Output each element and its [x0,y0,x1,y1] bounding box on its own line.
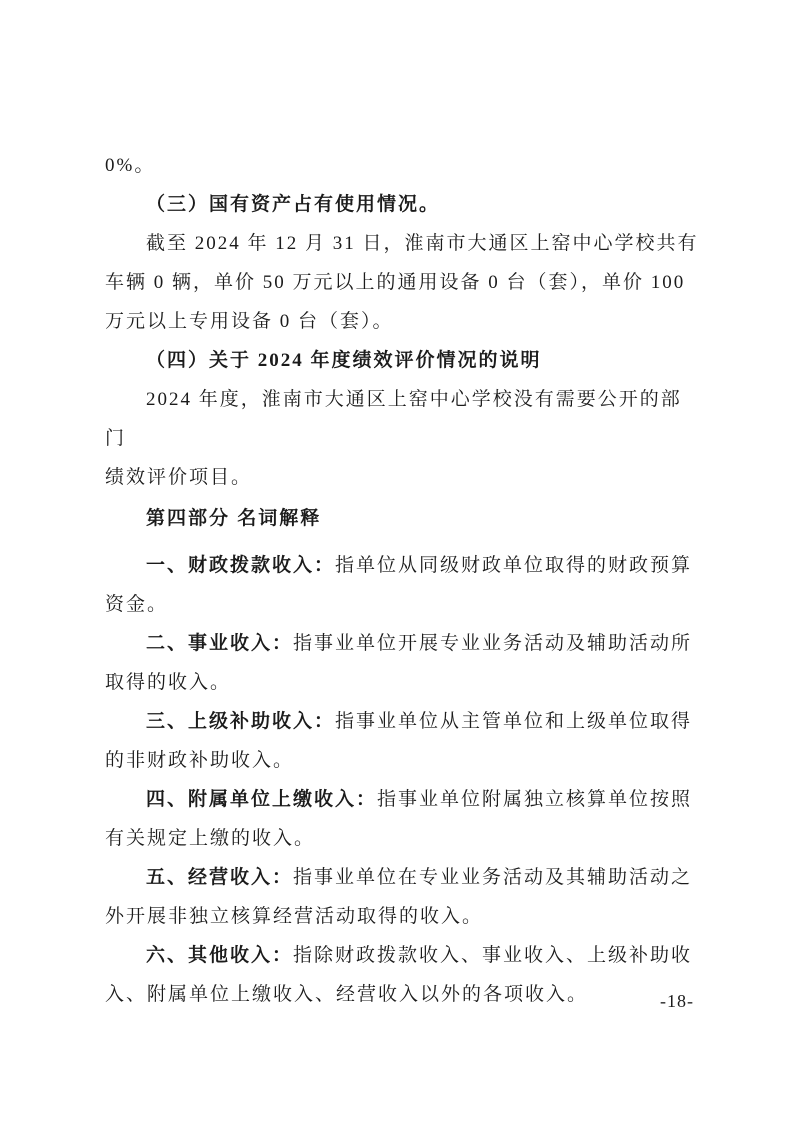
definition-term-5: 五、经营收入： [146,867,293,888]
page-number: -18- [660,991,694,1012]
definition-item-5: 五、经营收入：指事业单位在专业业务活动及其辅助活动之 外开展非独立核算经营活动取… [105,858,699,936]
definition-item-6: 六、其他收入：指除财政拨款收入、事业收入、上级补助收 入、附属单位上缴收入、经营… [105,936,699,1014]
definition-term-1: 一、财政拨款收入： [146,555,335,576]
definition-term-2: 二、事业收入： [146,633,293,654]
definition-item-2: 二、事业收入：指事业单位开展专业业务活动及辅助活动所 取得的收入。 [105,624,699,702]
performance-paragraph: 2024 年度，淮南市大通区上窑中心学校没有需要公开的部门 绩效评价项目。 [105,380,699,497]
definition-term-6: 六、其他收入： [146,945,293,966]
section-heading-3: （三）国有资产占有使用情况。 [105,185,699,224]
section-heading-4: （四）关于 2024 年度绩效评价情况的说明 [105,341,699,380]
definition-item-3: 三、上级补助收入：指事业单位从主管单位和上级单位取得 的非财政补助收入。 [105,702,699,780]
definition-item-4: 四、附属单位上缴收入：指事业单位附属独立核算单位按照 有关规定上缴的收入。 [105,780,699,858]
document-page: 0%。 （三）国有资产占有使用情况。 截至 2024 年 12 月 31 日，淮… [0,0,793,1122]
document-body: 0%。 （三）国有资产占有使用情况。 截至 2024 年 12 月 31 日，淮… [105,146,699,1014]
definition-term-4: 四、附属单位上缴收入： [146,789,377,810]
asset-usage-paragraph: 截至 2024 年 12 月 31 日，淮南市大通区上窑中心学校共有 车辆 0 … [105,224,699,341]
definition-term-3: 三、上级补助收入： [146,711,335,732]
part4-heading: 第四部分 名词解释 [105,499,699,538]
definition-item-1: 一、财政拨款收入：指单位从同级财政单位取得的财政预算 资金。 [105,546,699,624]
carryover-text: 0%。 [105,146,699,185]
